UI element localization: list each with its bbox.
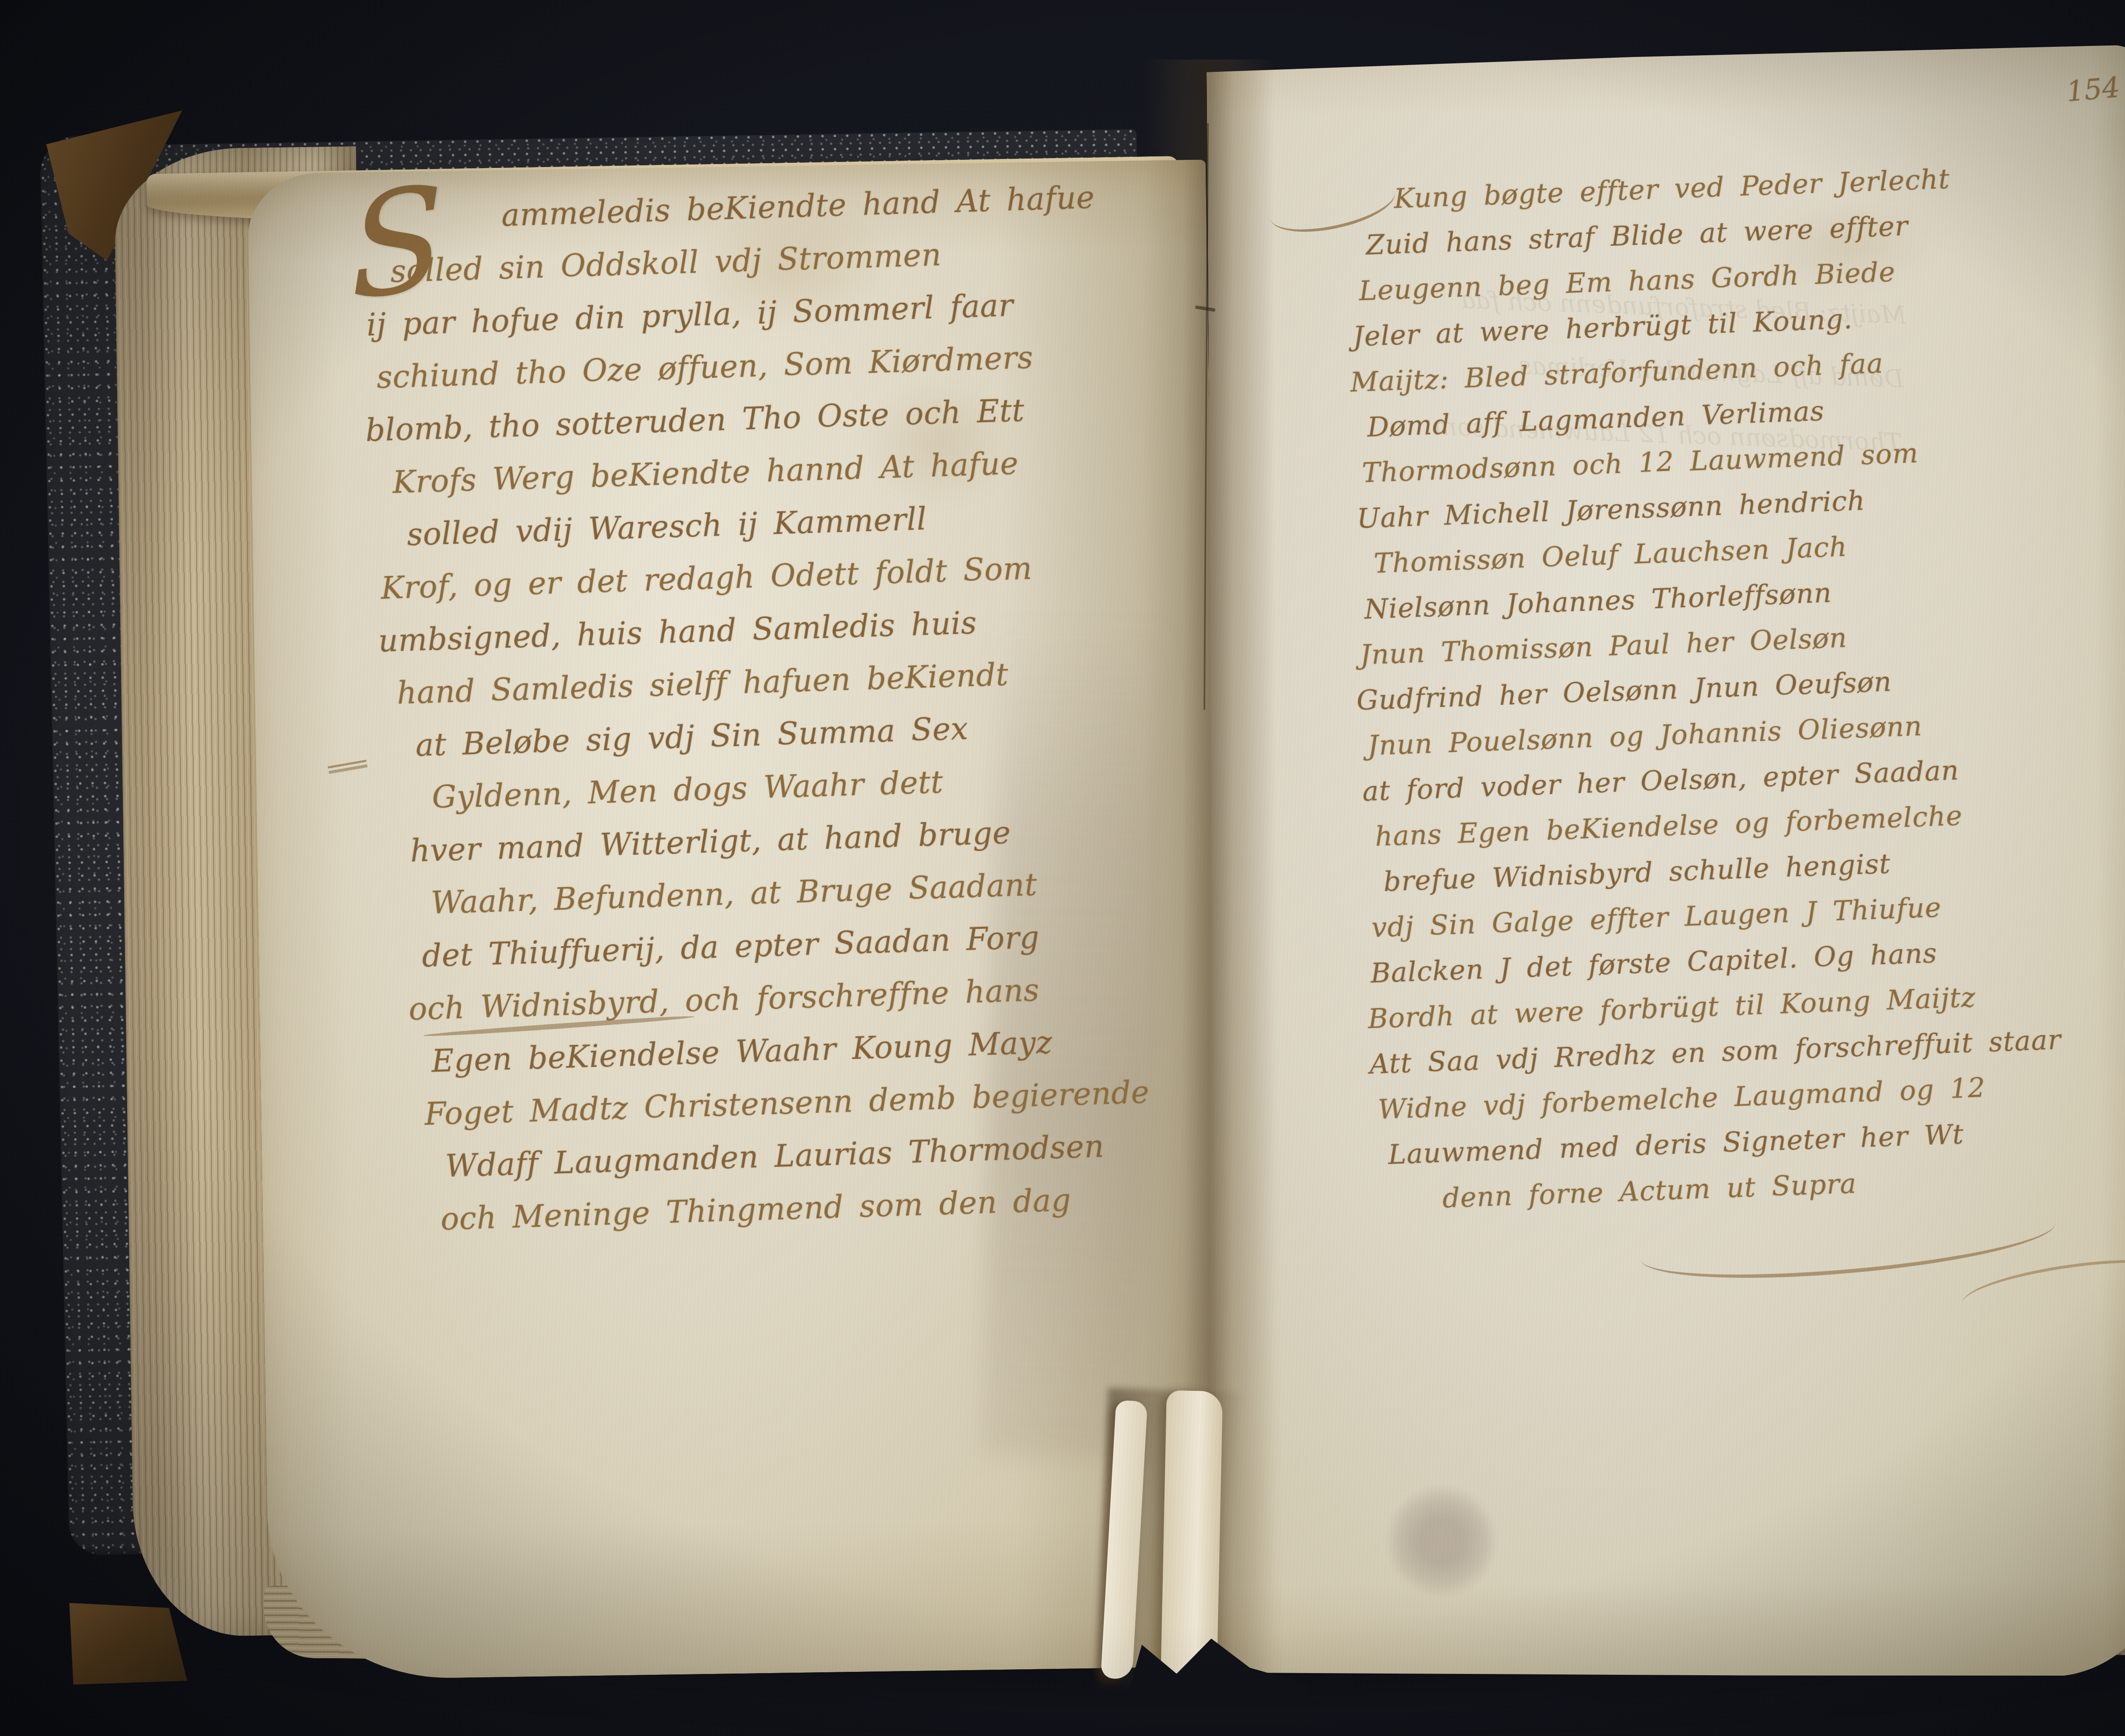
left-page-text: S ammeledis beKiendte hand At hafue soll… (356, 166, 1272, 1247)
right-page-text: Kung bøgte effter ved Peder Jerlecht Zui… (1338, 148, 2125, 1224)
folio-number: 154 (2065, 71, 2121, 108)
manuscript-photo: Maijtz: Bled straforfundenn och faa Dømd… (0, 0, 2125, 1736)
